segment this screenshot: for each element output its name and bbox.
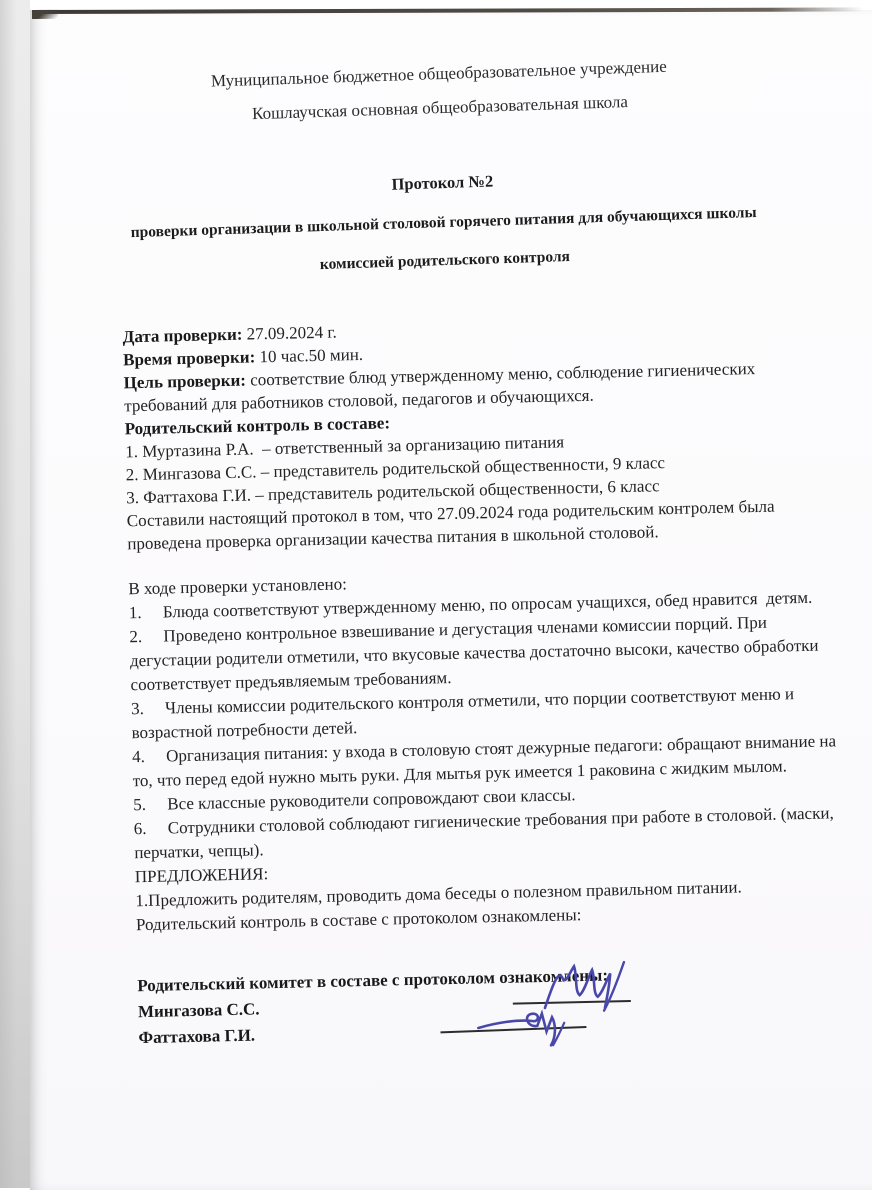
signer-name: Фаттахова Г.И. bbox=[138, 1025, 255, 1049]
scanned-document-page: Муниципальное бюджетное общеобразователь… bbox=[0, 0, 872, 1200]
finding-number: 4. bbox=[132, 744, 167, 769]
signature-section: Родительский комитет в составе с протоко… bbox=[137, 959, 853, 975]
finding-number: 1. bbox=[129, 601, 164, 626]
signature-ink bbox=[475, 998, 587, 1050]
signature-heading: Родительский комитет в составе с протоко… bbox=[137, 965, 608, 997]
field-time-label: Время проверки: bbox=[123, 347, 256, 369]
document-subtitle-line1: проверки организации в школьной столовой… bbox=[23, 198, 865, 246]
finding-number: 2. bbox=[129, 625, 164, 650]
document-header: Муниципальное бюджетное общеобразователь… bbox=[18, 50, 866, 285]
signature-line bbox=[440, 1026, 586, 1033]
field-purpose-label: Цель проверки: bbox=[123, 371, 246, 393]
document-subtitle-line2: комиссией родительского контроля bbox=[24, 236, 866, 284]
field-date-label: Дата проверки: bbox=[122, 325, 242, 347]
finding-number: 3. bbox=[131, 697, 166, 722]
document-content: Муниципальное бюджетное общеобразователь… bbox=[17, 1, 872, 1200]
document-body: Дата проверки: 27.09.2024 г. Время прове… bbox=[122, 309, 843, 555]
findings-section: В ходе проверки установлено: 1.Блюда соо… bbox=[128, 561, 856, 937]
document-title: Протокол №2 bbox=[21, 158, 863, 206]
finding-text: Проведено контрольное взвешивание и дегу… bbox=[130, 613, 823, 695]
finding-number: 6. bbox=[134, 816, 169, 841]
field-date-value: 27.09.2024 г. bbox=[242, 323, 337, 344]
finding-number: 5. bbox=[133, 792, 168, 817]
field-time-value: 10 час.50 мин. bbox=[255, 345, 363, 366]
paper-sheet: Муниципальное бюджетное общеобразователь… bbox=[30, 10, 872, 1190]
signer-name: Мингазова С.С. bbox=[138, 998, 260, 1022]
